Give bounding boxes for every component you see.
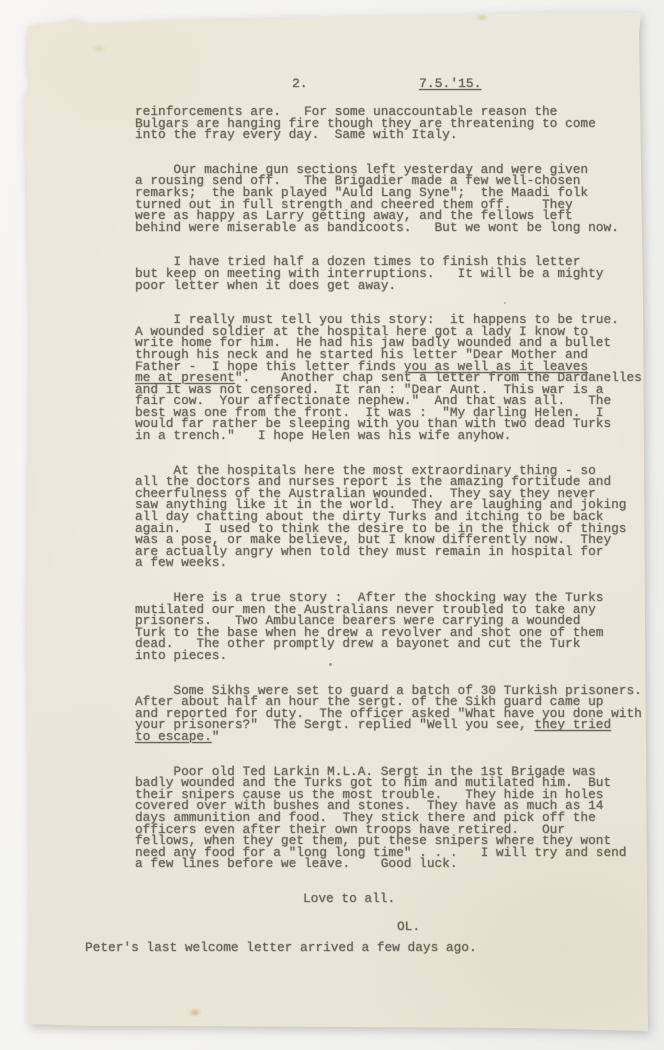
page-date: 7.5.'15. [419, 76, 481, 91]
text-line: to escape." [135, 731, 655, 743]
paragraph: Poor old Ted Larkin M.L.A. Sergt in the … [135, 766, 655, 870]
valediction: Love to all. [303, 893, 655, 905]
text-line: poor letter when it does get away. [135, 280, 655, 292]
text-line: a few lines before we leave. Good luck. [135, 858, 655, 870]
scan-background: { "colors": { "background": "#f2f2f0", "… [0, 0, 664, 1050]
text-line: into pieces. [135, 650, 655, 662]
paper-stain [186, 1006, 204, 1019]
text-line: behind were miserable as bandicoots. But… [135, 222, 655, 234]
paragraph: I have tried half a dozen times to finis… [135, 256, 655, 291]
paper-stain [474, 12, 490, 23]
paragraph: At the hospitals here the most extraordi… [135, 465, 655, 569]
page-number: 2. [292, 76, 308, 91]
postscript: Peter's last welcome letter arrived a fe… [85, 942, 655, 954]
letter-scan: 2. 7.5.'15. reinforcements are. For some… [0, 0, 664, 1050]
paper-stain [88, 42, 110, 55]
letter-body: reinforcements are. For some unaccountab… [135, 106, 655, 954]
paragraph: Here is a true story : After the shockin… [135, 592, 655, 662]
letter-page: 2. 7.5.'15. reinforcements are. For some… [0, 0, 664, 1050]
paragraph: Some Sikhs were set to guard a batch of … [135, 685, 655, 743]
paragraph: reinforcements are. For some unaccountab… [135, 106, 655, 141]
paragraph: Our machine gun sections left yesterday … [135, 164, 655, 234]
text-line: a few weeks. [135, 557, 655, 569]
paragraph: I really must tell you this story: it ha… [135, 314, 655, 442]
signature: OL. [397, 921, 655, 933]
text-line: in a trench." I hope Helen was his wife … [135, 430, 655, 442]
